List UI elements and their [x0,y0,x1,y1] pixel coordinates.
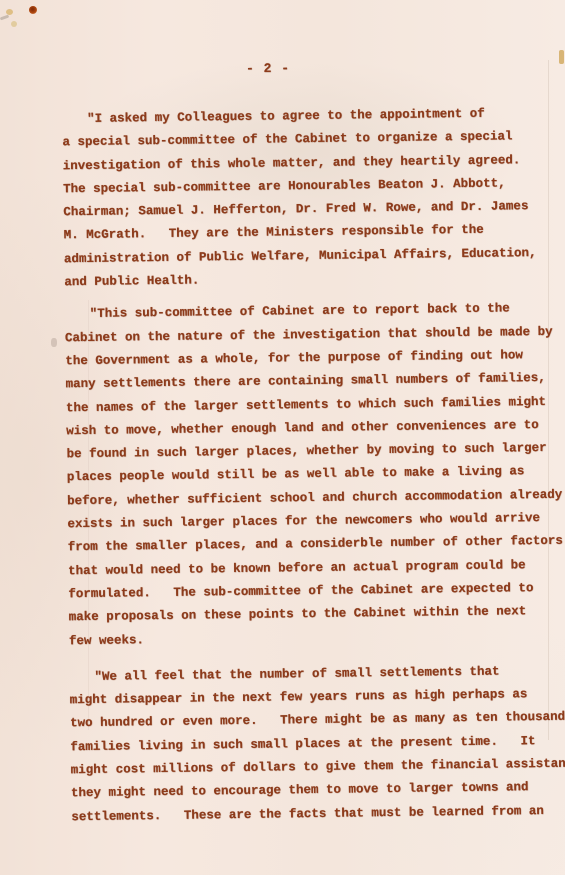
paragraph: "I asked my Colleagues to agree to the a… [62,101,565,294]
paper-edge-mark [559,50,564,64]
paper-mark [0,15,9,21]
ink-speck [29,6,37,14]
paragraph: "We all feel that the number of small se… [69,659,565,829]
paper-smudge [51,338,57,347]
document-page: - 2 - "I asked my Colleagues to agree to… [0,0,565,875]
paragraph: "This sub-committee of Cabinet are to re… [65,297,565,653]
paper-stain-speck [11,21,17,27]
page-number: - 2 - [246,61,290,76]
document-text: "I asked my Colleagues to agree to the a… [62,101,565,829]
